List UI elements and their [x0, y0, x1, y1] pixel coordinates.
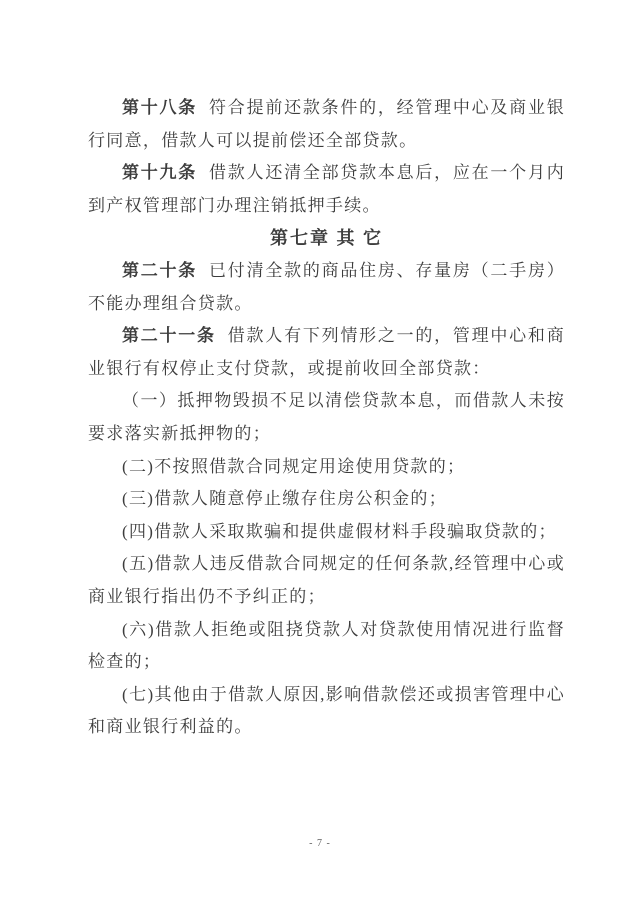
list-item-2: (二)不按照借款合同规定用途使用贷款的；	[88, 451, 565, 484]
paragraph-article-18: 第十八条符合提前还款条件的，经管理中心及商业银行同意，借款人可以提前偿还全部贷款…	[88, 92, 565, 157]
article-20-term: 第二十条	[122, 261, 197, 280]
paragraph-article-21: 第二十一条借款人有下列情形之一的，管理中心和商业银行有权停止支付贷款，或提前收回…	[88, 320, 565, 385]
list-item-1: （一）抵押物毁损不足以清偿贷款本息，而借款人未按要求落实新抵押物的；	[88, 385, 565, 450]
list-item-5: (五)借款人违反借款合同规定的任何条款,经管理中心或商业银行指出仍不予纠正的；	[88, 548, 565, 613]
list-item-7: (七)其他由于借款人原因,影响借款偿还或损害管理中心和商业银行利益的。	[88, 679, 565, 744]
list-item-4: (四)借款人采取欺骗和提供虚假材料手段骗取贷款的；	[88, 516, 565, 549]
paragraph-article-20: 第二十条已付清全款的商品住房、存量房（二手房）不能办理组合贷款。	[88, 255, 565, 320]
document-page: 第十八条符合提前还款条件的，经管理中心及商业银行同意，借款人可以提前偿还全部贷款…	[0, 0, 640, 905]
list-item-6: (六)借款人拒绝或阻挠贷款人对贷款使用情况进行监督检查的；	[88, 614, 565, 679]
chapter-7-heading: 第七章 其 它	[88, 222, 565, 255]
paragraph-article-19: 第十九条借款人还清全部贷款本息后，应在一个月内到产权管理部门办理注销抵押手续。	[88, 157, 565, 222]
document-body: 第十八条符合提前还款条件的，经管理中心及商业银行同意，借款人可以提前偿还全部贷款…	[88, 92, 565, 744]
article-19-term: 第十九条	[122, 163, 197, 182]
list-item-3: (三)借款人随意停止缴存住房公积金的；	[88, 483, 565, 516]
article-18-term: 第十八条	[122, 98, 197, 117]
page-number: - 7 -	[0, 838, 640, 849]
article-21-term: 第二十一条	[122, 326, 216, 345]
